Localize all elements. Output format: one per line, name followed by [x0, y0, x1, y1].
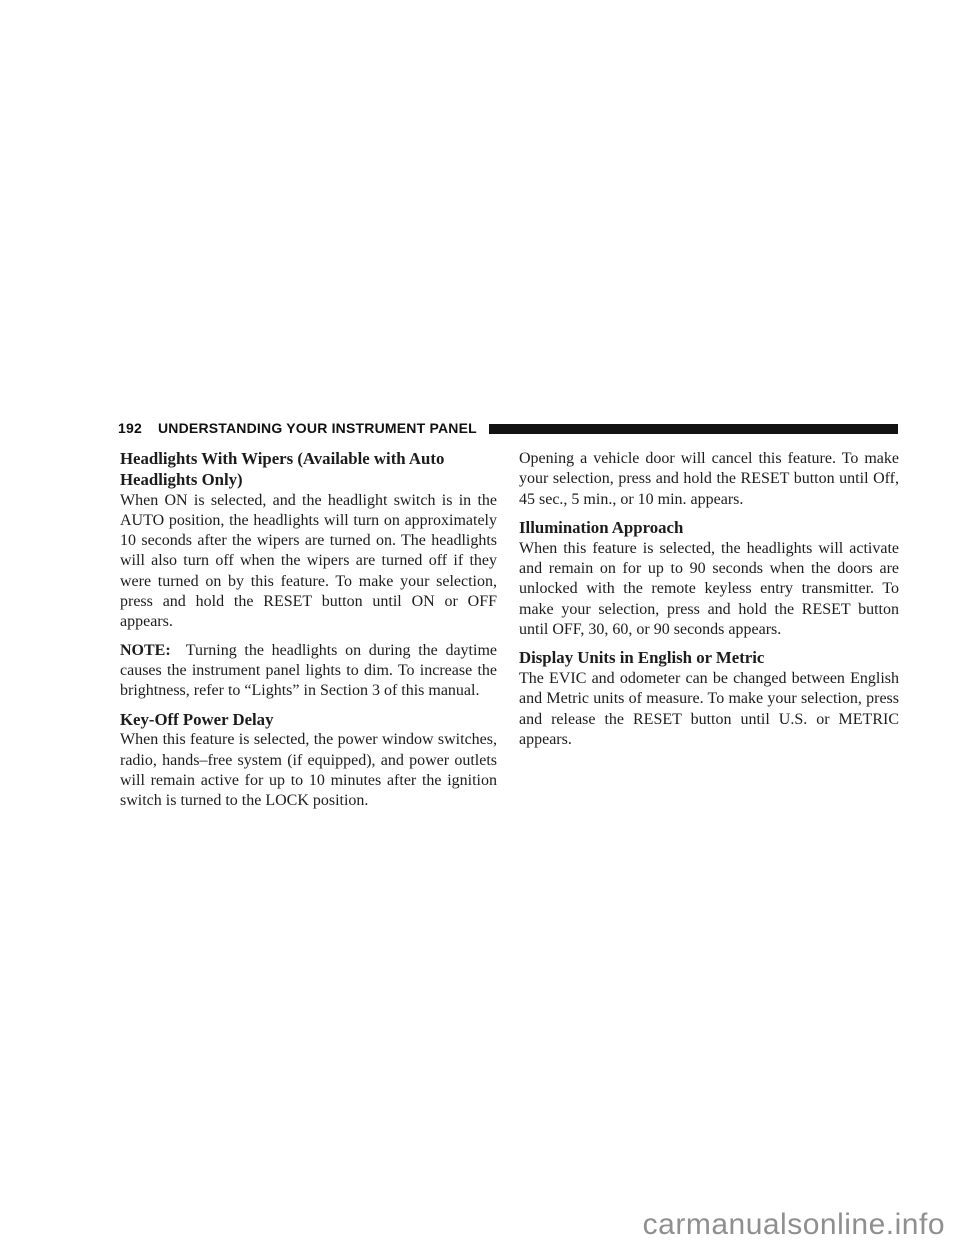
watermark: carmanualsonline.info: [643, 1210, 945, 1240]
note-text: Turning the headlights on during the day…: [120, 642, 497, 700]
left-column: Headlights With Wipers (Available with A…: [120, 449, 497, 812]
section-heading-key-off-power-delay: Key-Off Power Delay: [120, 710, 497, 731]
manual-page: 192 UNDERSTANDING YOUR INSTRUMENT PANEL …: [0, 0, 960, 1242]
section-display-units: Display Units in English or Metric The E…: [519, 648, 899, 750]
page-title: UNDERSTANDING YOUR INSTRUMENT PANEL: [158, 420, 477, 436]
section-body-illumination-approach: When this feature is selected, the headl…: [519, 539, 899, 640]
right-column: Opening a vehicle door will cancel this …: [519, 449, 899, 750]
section-heading-display-units: Display Units in English or Metric: [519, 648, 899, 669]
note-label: NOTE:: [120, 642, 171, 659]
note-paragraph: NOTE: Turning the headlights on during t…: [120, 641, 497, 702]
section-key-off-power-delay: Key-Off Power Delay When this feature is…: [120, 710, 497, 812]
continued-paragraph: Opening a vehicle door will cancel this …: [519, 449, 899, 510]
section-heading-illumination-approach: Illumination Approach: [519, 518, 899, 539]
page-header: 192 UNDERSTANDING YOUR INSTRUMENT PANEL: [118, 420, 898, 436]
section-headlights-with-wipers: Headlights With Wipers (Available with A…: [120, 449, 497, 633]
section-illumination-approach: Illumination Approach When this feature …: [519, 518, 899, 640]
section-body-key-off-power-delay: When this feature is selected, the power…: [120, 730, 497, 811]
header-rule: [489, 424, 898, 434]
section-heading-headlights-with-wipers: Headlights With Wipers (Available with A…: [120, 449, 497, 491]
section-body-display-units: The EVIC and odometer can be changed bet…: [519, 669, 899, 750]
section-body-headlights-with-wipers: When ON is selected, and the headlight s…: [120, 491, 497, 633]
page-number: 192: [118, 420, 142, 436]
